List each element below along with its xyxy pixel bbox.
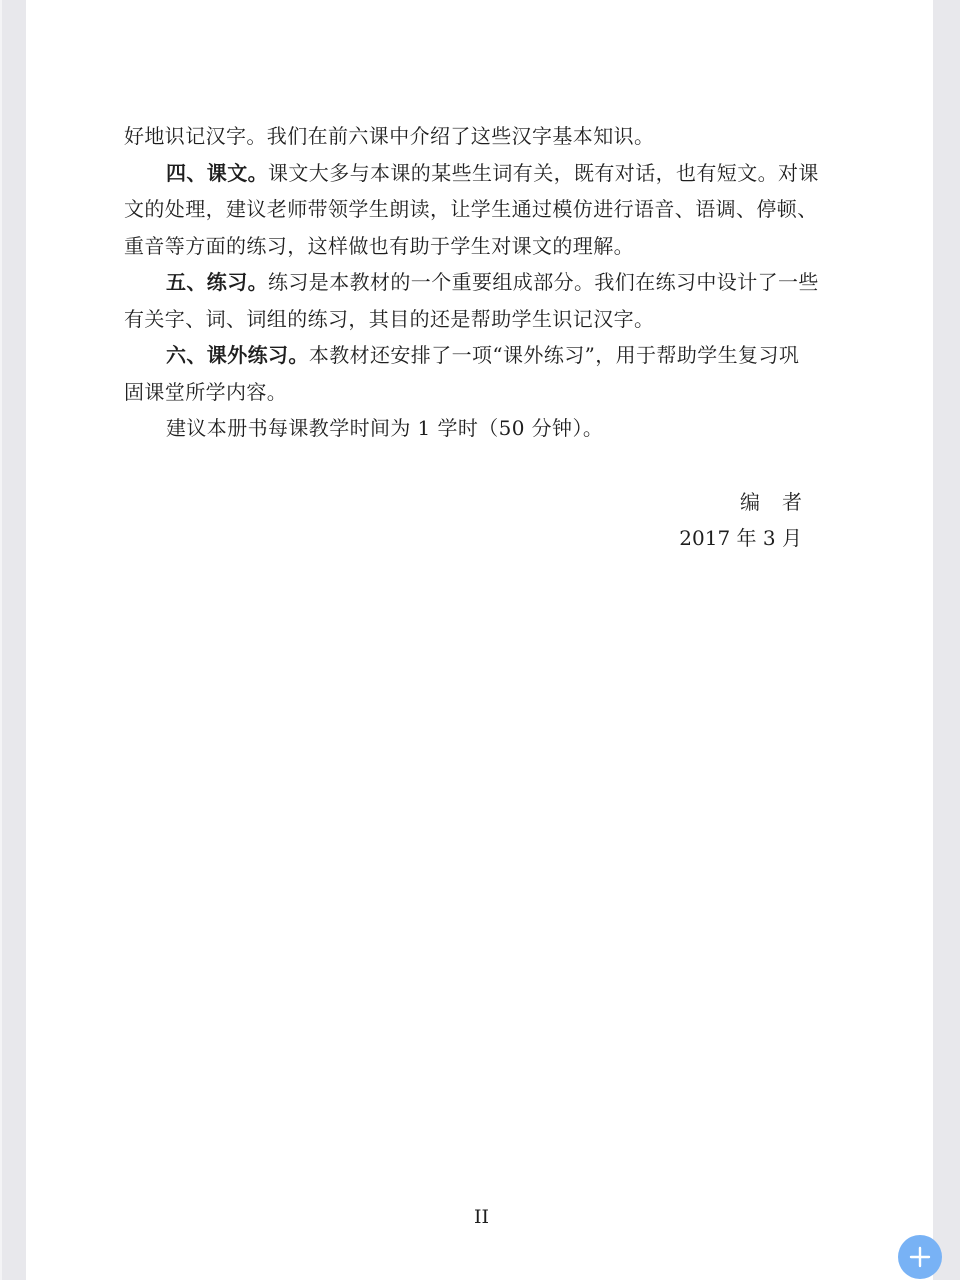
paragraph-line: 六、课外练习。本教材还安排了一项“课外练习”，用于帮助学生复习巩 <box>124 337 840 374</box>
section-heading-lesson-text: 四、课文。 <box>166 161 268 185</box>
paragraph-text: 练习是本教材的一个重要组成部分。我们在练习中设计了一些 <box>268 270 819 294</box>
paragraph-line: 五、练习。练习是本教材的一个重要组成部分。我们在练习中设计了一些 <box>124 264 840 301</box>
paragraph-text: 课文大多与本课的某些生词有关，既有对话，也有短文。对课 <box>268 161 819 185</box>
paragraph-line: 固课堂所学内容。 <box>124 374 840 411</box>
plus-icon <box>909 1246 931 1268</box>
paragraph-line: 建议本册书每课教学时间为 1 学时（50 分钟）。 <box>124 410 840 447</box>
paragraph-line: 四、课文。课文大多与本课的某些生词有关，既有对话，也有短文。对课 <box>124 155 840 192</box>
signature-author: 编者 <box>740 486 824 515</box>
page-number: II <box>474 1206 489 1228</box>
paragraph-line: 有关字、词、词组的练习，其目的还是帮助学生识记汉字。 <box>124 301 840 338</box>
paragraph-line: 好地识记汉字。我们在前六课中介绍了这些汉字基本知识。 <box>124 118 840 155</box>
paragraph-line: 文的处理，建议老师带领学生朗读，让学生通过模仿进行语音、语调、停顿、 <box>124 191 840 228</box>
paragraph-text: 本教材还安排了一项“课外练习”，用于帮助学生复习巩 <box>309 343 799 367</box>
right-page-gutter <box>933 0 960 1280</box>
signature-date: 2017 年 3 月 <box>679 522 802 551</box>
document-body: 好地识记汉字。我们在前六课中介绍了这些汉字基本知识。 四、课文。课文大多与本课的… <box>124 118 840 447</box>
left-page-gutter <box>0 0 26 1280</box>
add-button[interactable] <box>898 1235 942 1279</box>
section-heading-extracurricular: 六、课外练习。 <box>166 343 309 367</box>
section-heading-exercises: 五、练习。 <box>166 270 268 294</box>
paragraph-line: 重音等方面的练习，这样做也有助于学生对课文的理解。 <box>124 228 840 265</box>
